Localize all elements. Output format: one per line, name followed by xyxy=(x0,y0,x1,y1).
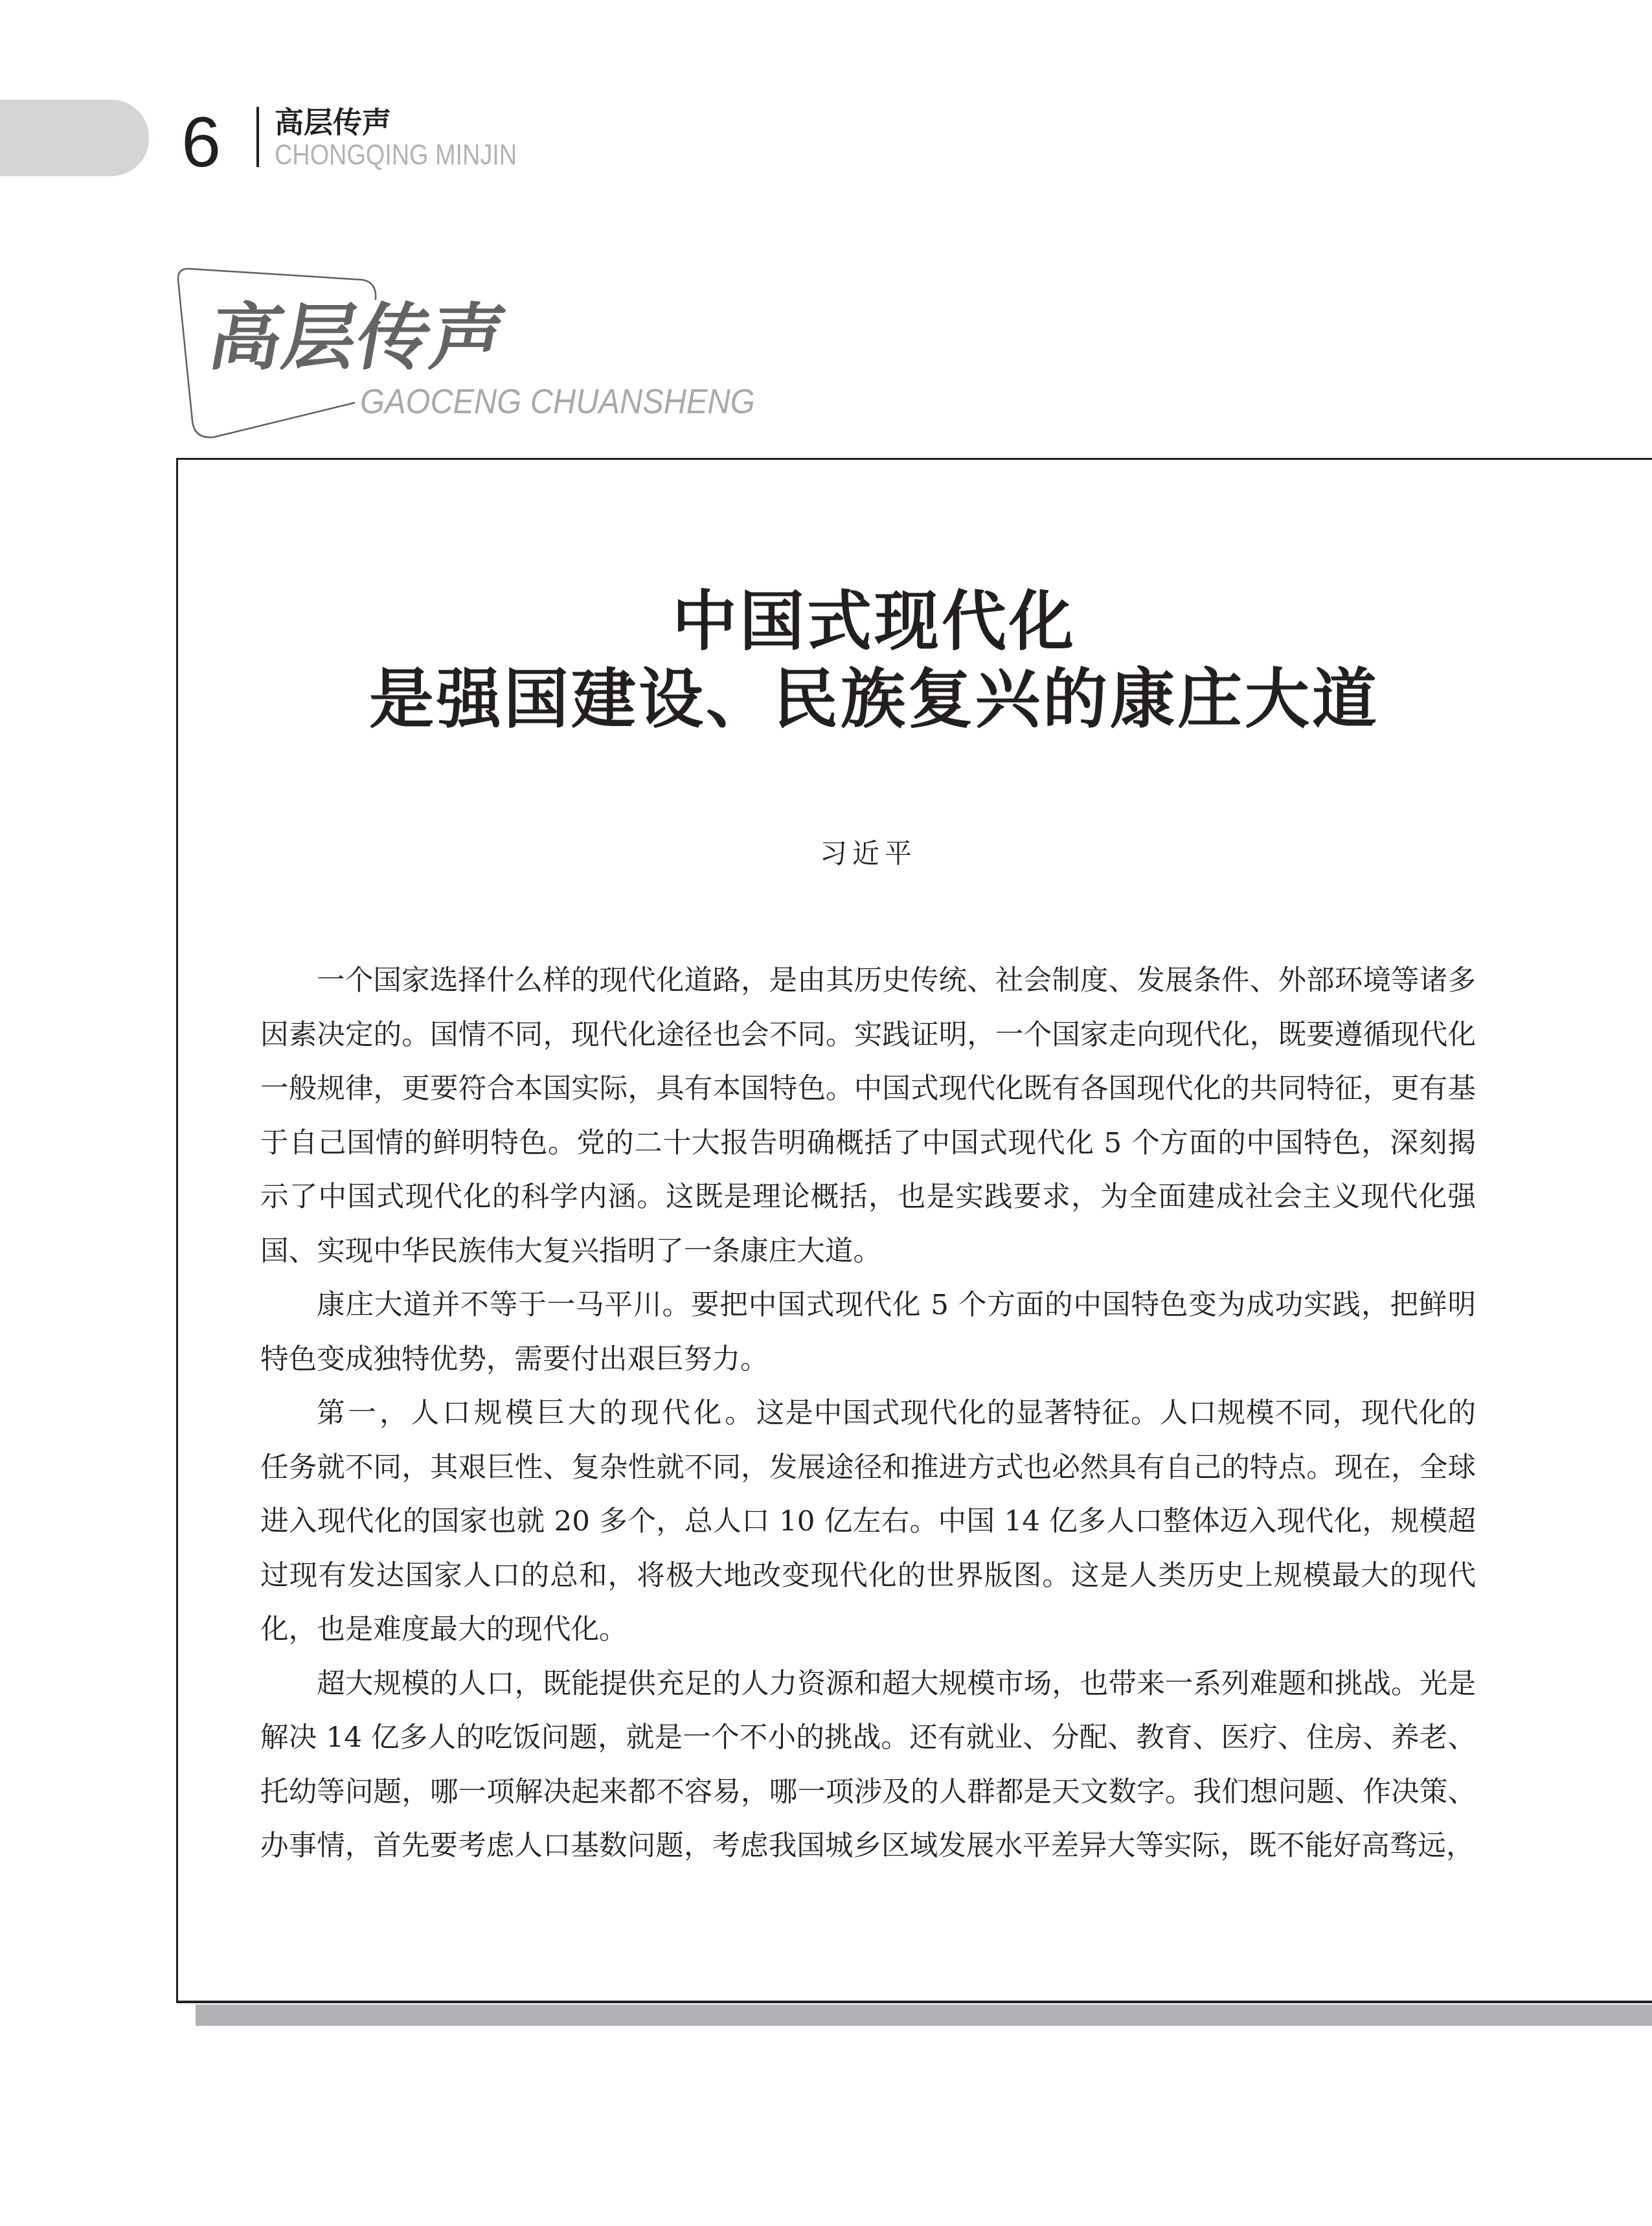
paragraph: 超大规模的人口，既能提供充足的人力资源和超大规模市场，也带来一系列难题和挑战。光… xyxy=(260,1657,1476,1874)
section-logo-subtitle: GAOCENG CHUANSHENG xyxy=(360,382,755,422)
paragraph: 第一，人口规模巨大的现代化。这是中国式现代化的显著特征。人口规模不同，现代化的任… xyxy=(260,1387,1476,1657)
section-logo-title: 高层传声 xyxy=(202,293,514,383)
paragraph-lead-heading: 第一，人口规模巨大的现代化。 xyxy=(317,1397,756,1429)
paragraph: 一个国家选择什么样的现代化道路，是由其历史传统、社会制度、发展条件、外部环境等诸… xyxy=(260,954,1476,1278)
article-frame-shadow xyxy=(196,2005,1652,2026)
article-author: 习近平 xyxy=(176,835,1561,872)
paragraph: 康庄大道并不等于一马平川。要把中国式现代化 5 个方面的中国特色变为成功实践，把… xyxy=(260,1278,1476,1387)
article-title-line-1: 中国式现代化 xyxy=(176,583,1572,661)
article-title-line-2: 是强国建设、民族复兴的康庄大道 xyxy=(176,661,1572,738)
article-body: 一个国家选择什么样的现代化道路，是由其历史传统、社会制度、发展条件、外部环境等诸… xyxy=(260,954,1476,1874)
